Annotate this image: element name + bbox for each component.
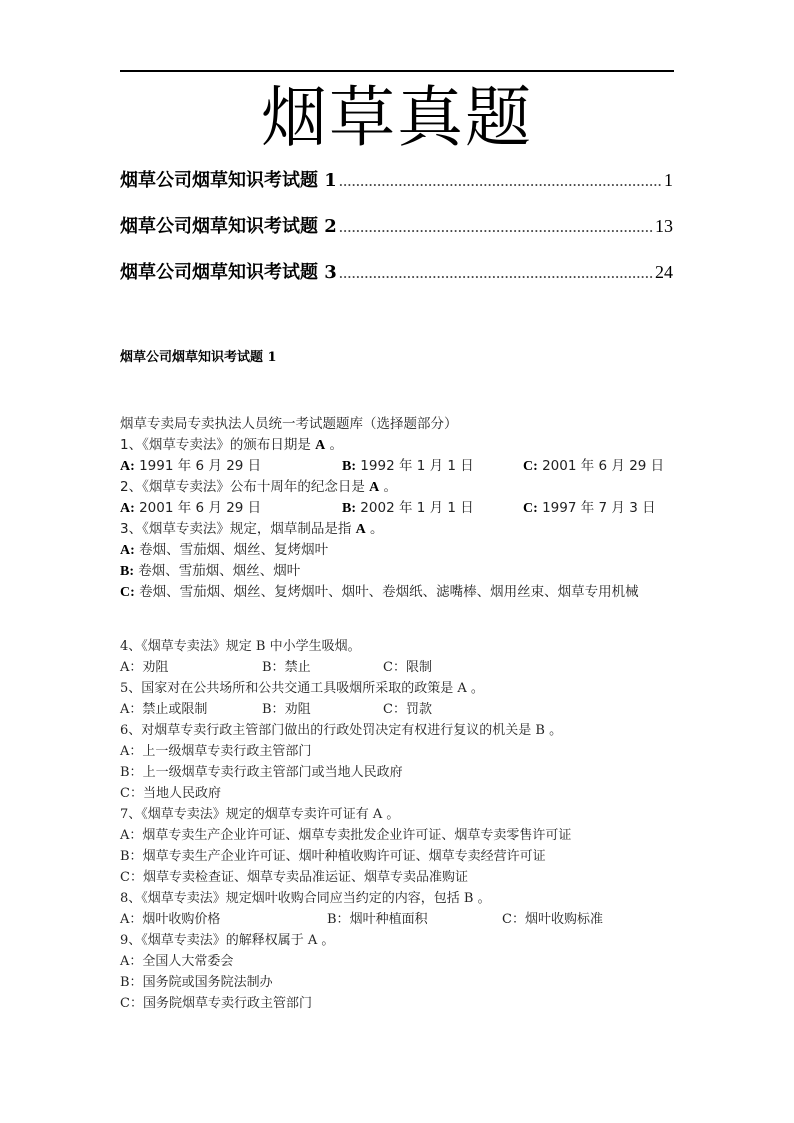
table-of-contents: 烟草公司烟草知识考试题 1 1 烟草公司烟草知识考试题 2 13 烟草公司烟草知… (120, 166, 673, 304)
option-text: 1991 年 6 月 29 日 (139, 458, 261, 474)
question-bank-part1: 烟草专卖局专卖执法人员统一考试题题库（选择题部分） 1、《烟草专卖法》的颁布日期… (120, 414, 700, 603)
option-label: B: (120, 564, 134, 579)
question-9: 9、《烟草专卖法》的解释权属于 A 。 (120, 930, 700, 951)
answer-key: A (356, 522, 366, 537)
option-text: 2001 年 6 月 29 日 (542, 458, 664, 474)
option-text: 2001 年 6 月 29 日 (139, 500, 261, 516)
option-label: C: (523, 501, 538, 516)
toc-leader-dots (339, 171, 662, 191)
option-text: 卷烟、雪茄烟、烟丝、复烤烟叶 (139, 542, 328, 558)
option-text: 国务院烟草专卖行政主管部门 (143, 996, 312, 1011)
option-label: B: (342, 501, 356, 516)
answer-key: A (369, 480, 379, 495)
option-label: C： (383, 660, 406, 675)
option-text: 上一级烟草专卖行政主管部门 (142, 744, 311, 759)
question-6-option-c: C：当地人民政府 (120, 783, 700, 804)
option-text: 烟草专卖生产企业许可证、烟草专卖批发企业许可证、烟草专卖零售许可证 (142, 828, 571, 843)
option-label: B： (262, 660, 285, 675)
option-text: 1997 年 7 月 3 日 (542, 500, 656, 516)
question-4: 4、《烟草专卖法》规定 B 中小学生吸烟。 (120, 636, 700, 657)
question-6-option-b: B：上一级烟草专卖行政主管部门或当地人民政府 (120, 762, 700, 783)
question-end: 。 (379, 479, 397, 495)
question-8: 8、《烟草专卖法》规定烟叶收购合同应当约定的内容，包括 B 。 (120, 888, 700, 909)
option-text: 1992 年 1 月 1 日 (360, 458, 474, 474)
option-text: 2002 年 1 月 1 日 (360, 500, 474, 516)
question-9-option-b: B：国务院或国务院法制办 (120, 972, 700, 993)
question-7: 7、《烟草专卖法》规定的烟草专卖许可证有 A 。 (120, 804, 700, 825)
header-rule (120, 70, 674, 72)
option-label: A： (120, 702, 142, 717)
question-7-option-a: A：烟草专卖生产企业许可证、烟草专卖批发企业许可证、烟草专卖零售许可证 (120, 825, 700, 846)
option-text: 烟叶收购价格 (142, 912, 220, 927)
option-label: A： (120, 954, 142, 969)
toc-entry-title[interactable]: 烟草公司烟草知识考试题 1 (120, 166, 337, 192)
option-label: A: (120, 543, 135, 558)
toc-entry[interactable]: 烟草公司烟草知识考试题 1 1 (120, 166, 673, 212)
option-label: A： (120, 828, 142, 843)
question-1-options: A: 1991 年 6 月 29 日 B: 1992 年 1 月 1 日 C: … (120, 456, 700, 477)
option-label: B： (120, 975, 143, 990)
toc-entry-title[interactable]: 烟草公司烟草知识考试题 3 (120, 258, 337, 284)
option-label: B： (120, 849, 143, 864)
question-text: 2、《烟草专卖法》公布十周年的纪念日是 (120, 479, 365, 495)
question-9-option-c: C：国务院烟草专卖行政主管部门 (120, 993, 700, 1014)
option-text: 禁止 (285, 660, 311, 675)
option-label: B: (342, 459, 356, 474)
option-text: 烟草专卖生产企业许可证、烟叶种植收购许可证、烟草专卖经营许可证 (143, 849, 546, 864)
toc-entry-page[interactable]: 1 (664, 170, 673, 191)
option-label: B： (327, 912, 350, 927)
option-text: 禁止或限制 (142, 702, 207, 717)
option-label: C: (120, 585, 135, 600)
option-text: 卷烟、雪茄烟、烟丝、复烤烟叶、烟叶、卷烟纸、滤嘴棒、烟用丝束、烟草专用机械 (139, 584, 639, 600)
option-text: 全国人大常委会 (142, 954, 233, 969)
option-label: A： (120, 912, 142, 927)
option-text: 烟草专卖检查证、烟草专卖品准运证、烟草专卖品准购证 (143, 870, 468, 885)
toc-entry[interactable]: 烟草公司烟草知识考试题 3 24 (120, 258, 673, 304)
question-end: 。 (366, 521, 384, 537)
option-text: 上一级烟草专卖行政主管部门或当地人民政府 (143, 765, 403, 780)
question-end: 。 (325, 437, 343, 453)
question-6-option-a: A：上一级烟草专卖行政主管部门 (120, 741, 700, 762)
document-title: 烟草真题 (0, 78, 794, 158)
option-label: B： (262, 702, 285, 717)
question-5-options: A：禁止或限制 B：劝阻 C：罚款 (120, 699, 700, 720)
option-text: 劝阻 (142, 660, 168, 675)
section-heading: 烟草公司烟草知识考试题 1 (120, 346, 277, 365)
option-text: 烟叶种植面积 (350, 912, 428, 927)
option-label: C： (502, 912, 525, 927)
option-text: 烟叶收购标准 (525, 912, 603, 927)
question-1: 1、《烟草专卖法》的颁布日期是 A 。 (120, 435, 700, 456)
question-3-option-b: B: 卷烟、雪茄烟、烟丝、烟叶 (120, 561, 700, 582)
question-4-options: A：劝阻 B：禁止 C：限制 (120, 657, 700, 678)
option-label: C： (383, 702, 406, 717)
question-5: 5、国家对在公共场所和公共交通工具吸烟所采取的政策是 A 。 (120, 678, 700, 699)
question-2-options: A: 2001 年 6 月 29 日 B: 2002 年 1 月 1 日 C: … (120, 498, 700, 519)
question-3: 3、《烟草专卖法》规定，烟草制品是指 A 。 (120, 519, 700, 540)
question-7-option-b: B：烟草专卖生产企业许可证、烟叶种植收购许可证、烟草专卖经营许可证 (120, 846, 700, 867)
option-label: A： (120, 744, 142, 759)
question-9-option-a: A：全国人大常委会 (120, 951, 700, 972)
question-bank-part2: 4、《烟草专卖法》规定 B 中小学生吸烟。 A：劝阻 B：禁止 C：限制 5、国… (120, 636, 700, 1014)
document-page: 烟草真题 烟草公司烟草知识考试题 1 1 烟草公司烟草知识考试题 2 13 烟草… (0, 0, 794, 1123)
toc-leader-dots (339, 217, 653, 237)
question-3-option-a: A: 卷烟、雪茄烟、烟丝、复烤烟叶 (120, 540, 700, 561)
toc-entry[interactable]: 烟草公司烟草知识考试题 2 13 (120, 212, 673, 258)
option-label: B： (120, 765, 143, 780)
option-text: 限制 (406, 660, 432, 675)
option-label: C: (523, 459, 538, 474)
option-label: C： (120, 996, 143, 1011)
toc-entry-page[interactable]: 24 (655, 262, 673, 283)
option-text: 卷烟、雪茄烟、烟丝、烟叶 (138, 563, 300, 579)
question-2: 2、《烟草专卖法》公布十周年的纪念日是 A 。 (120, 477, 700, 498)
toc-entry-title[interactable]: 烟草公司烟草知识考试题 2 (120, 212, 337, 238)
option-text: 罚款 (406, 702, 432, 717)
option-label: C： (120, 786, 143, 801)
option-label: A： (120, 660, 142, 675)
option-text: 国务院或国务院法制办 (143, 975, 273, 990)
option-text: 当地人民政府 (143, 786, 221, 801)
option-text: 劝阻 (285, 702, 311, 717)
bank-title: 烟草专卖局专卖执法人员统一考试题题库（选择题部分） (120, 414, 700, 435)
question-text: 1、《烟草专卖法》的颁布日期是 (120, 437, 311, 453)
option-label: A: (120, 459, 135, 474)
question-6: 6、对烟草专卖行政主管部门做出的行政处罚决定有权进行复议的机关是 B 。 (120, 720, 700, 741)
question-text: 3、《烟草专卖法》规定，烟草制品是指 (120, 521, 351, 537)
answer-key: A (315, 438, 325, 453)
question-8-options: A：烟叶收购价格 B：烟叶种植面积 C：烟叶收购标准 (120, 909, 700, 930)
option-label: C： (120, 870, 143, 885)
toc-entry-page[interactable]: 13 (655, 216, 673, 237)
question-3-option-c: C: 卷烟、雪茄烟、烟丝、复烤烟叶、烟叶、卷烟纸、滤嘴棒、烟用丝束、烟草专用机械 (120, 582, 700, 603)
toc-leader-dots (339, 263, 653, 283)
question-7-option-c: C：烟草专卖检查证、烟草专卖品准运证、烟草专卖品准购证 (120, 867, 700, 888)
option-label: A: (120, 501, 135, 516)
